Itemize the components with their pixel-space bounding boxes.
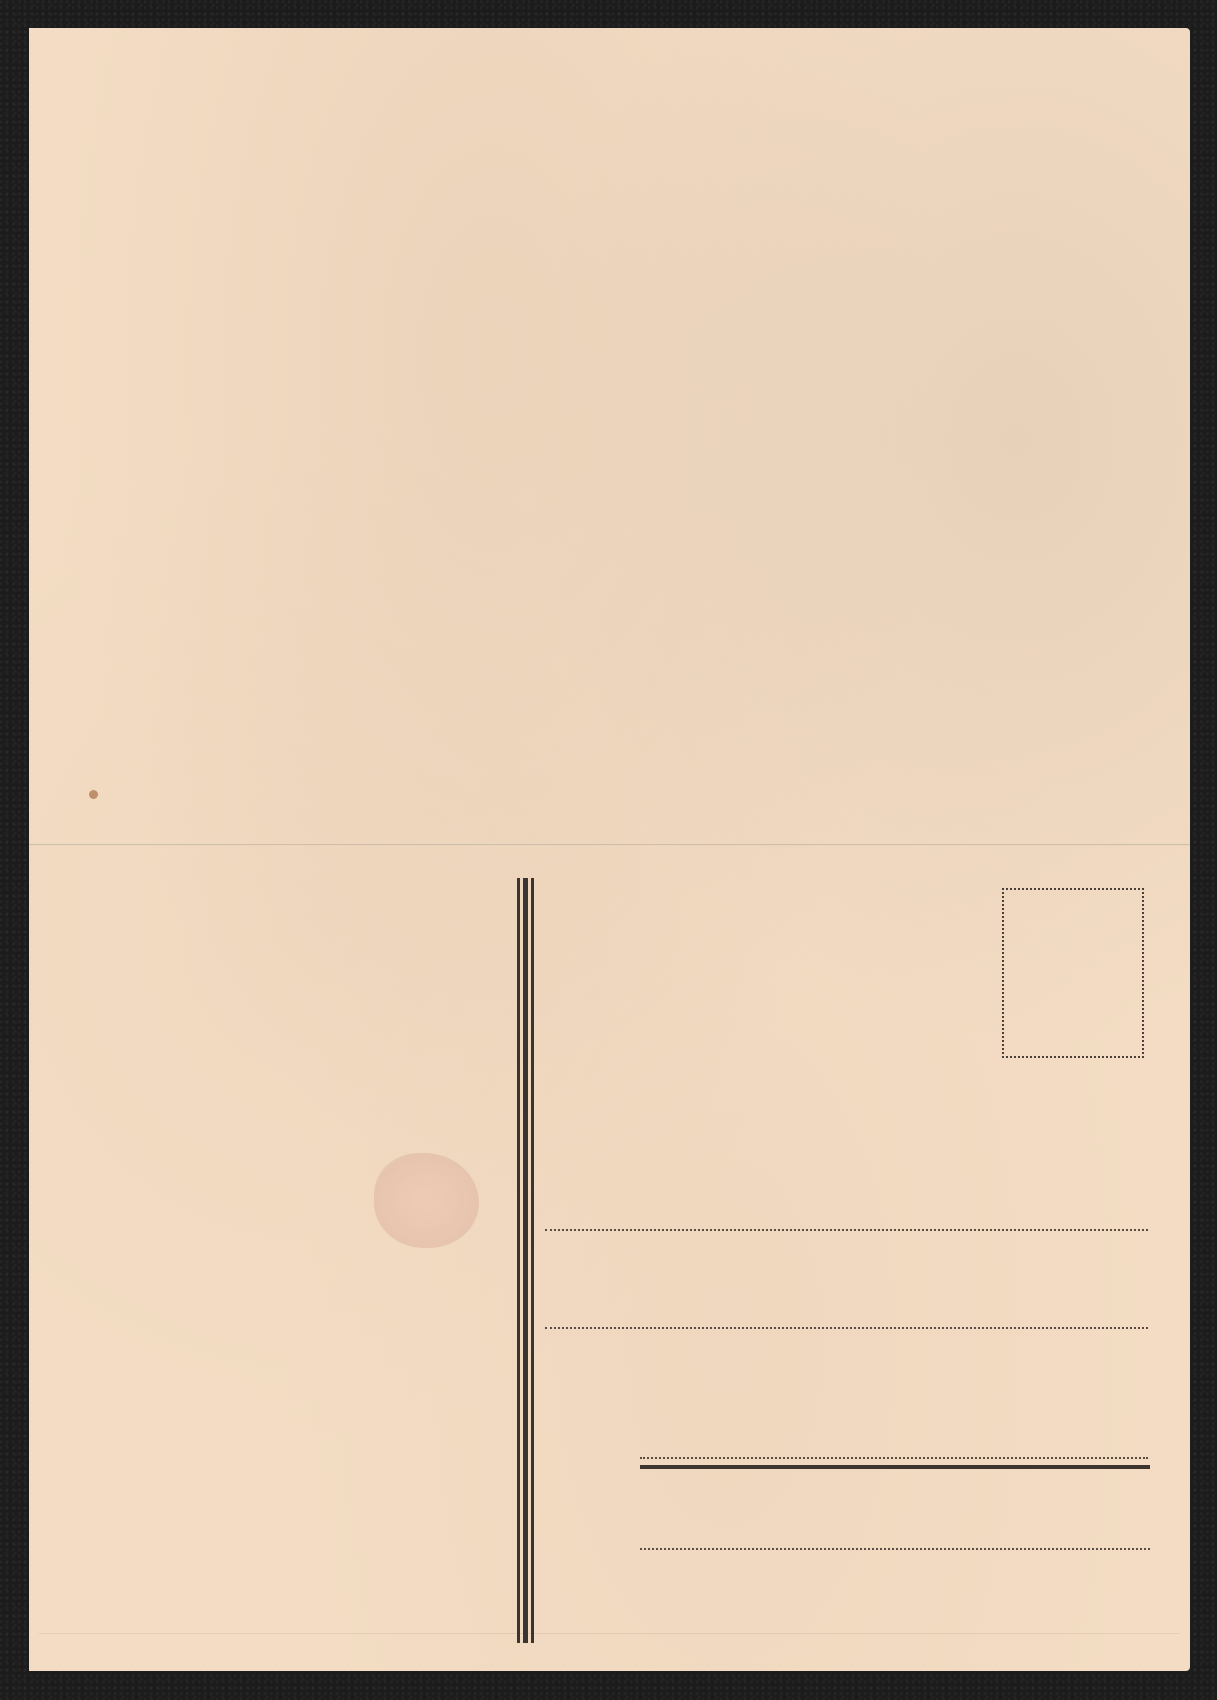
postcard (29, 28, 1190, 1671)
fold-crease (29, 843, 1190, 846)
address-line-2[interactable] (545, 1327, 1148, 1329)
address-line-3[interactable] (640, 1457, 1148, 1459)
stamp-box (1002, 888, 1144, 1058)
water-stain (374, 1153, 479, 1248)
address-line-1[interactable] (545, 1229, 1148, 1231)
bleed-through-text (39, 1633, 1179, 1648)
divider-line-center (523, 878, 528, 1643)
age-spot (89, 790, 98, 799)
divider-line-right (531, 878, 534, 1643)
divider-line-left (517, 878, 520, 1643)
address-line-4[interactable] (640, 1548, 1150, 1550)
address-underline-solid (640, 1465, 1150, 1469)
